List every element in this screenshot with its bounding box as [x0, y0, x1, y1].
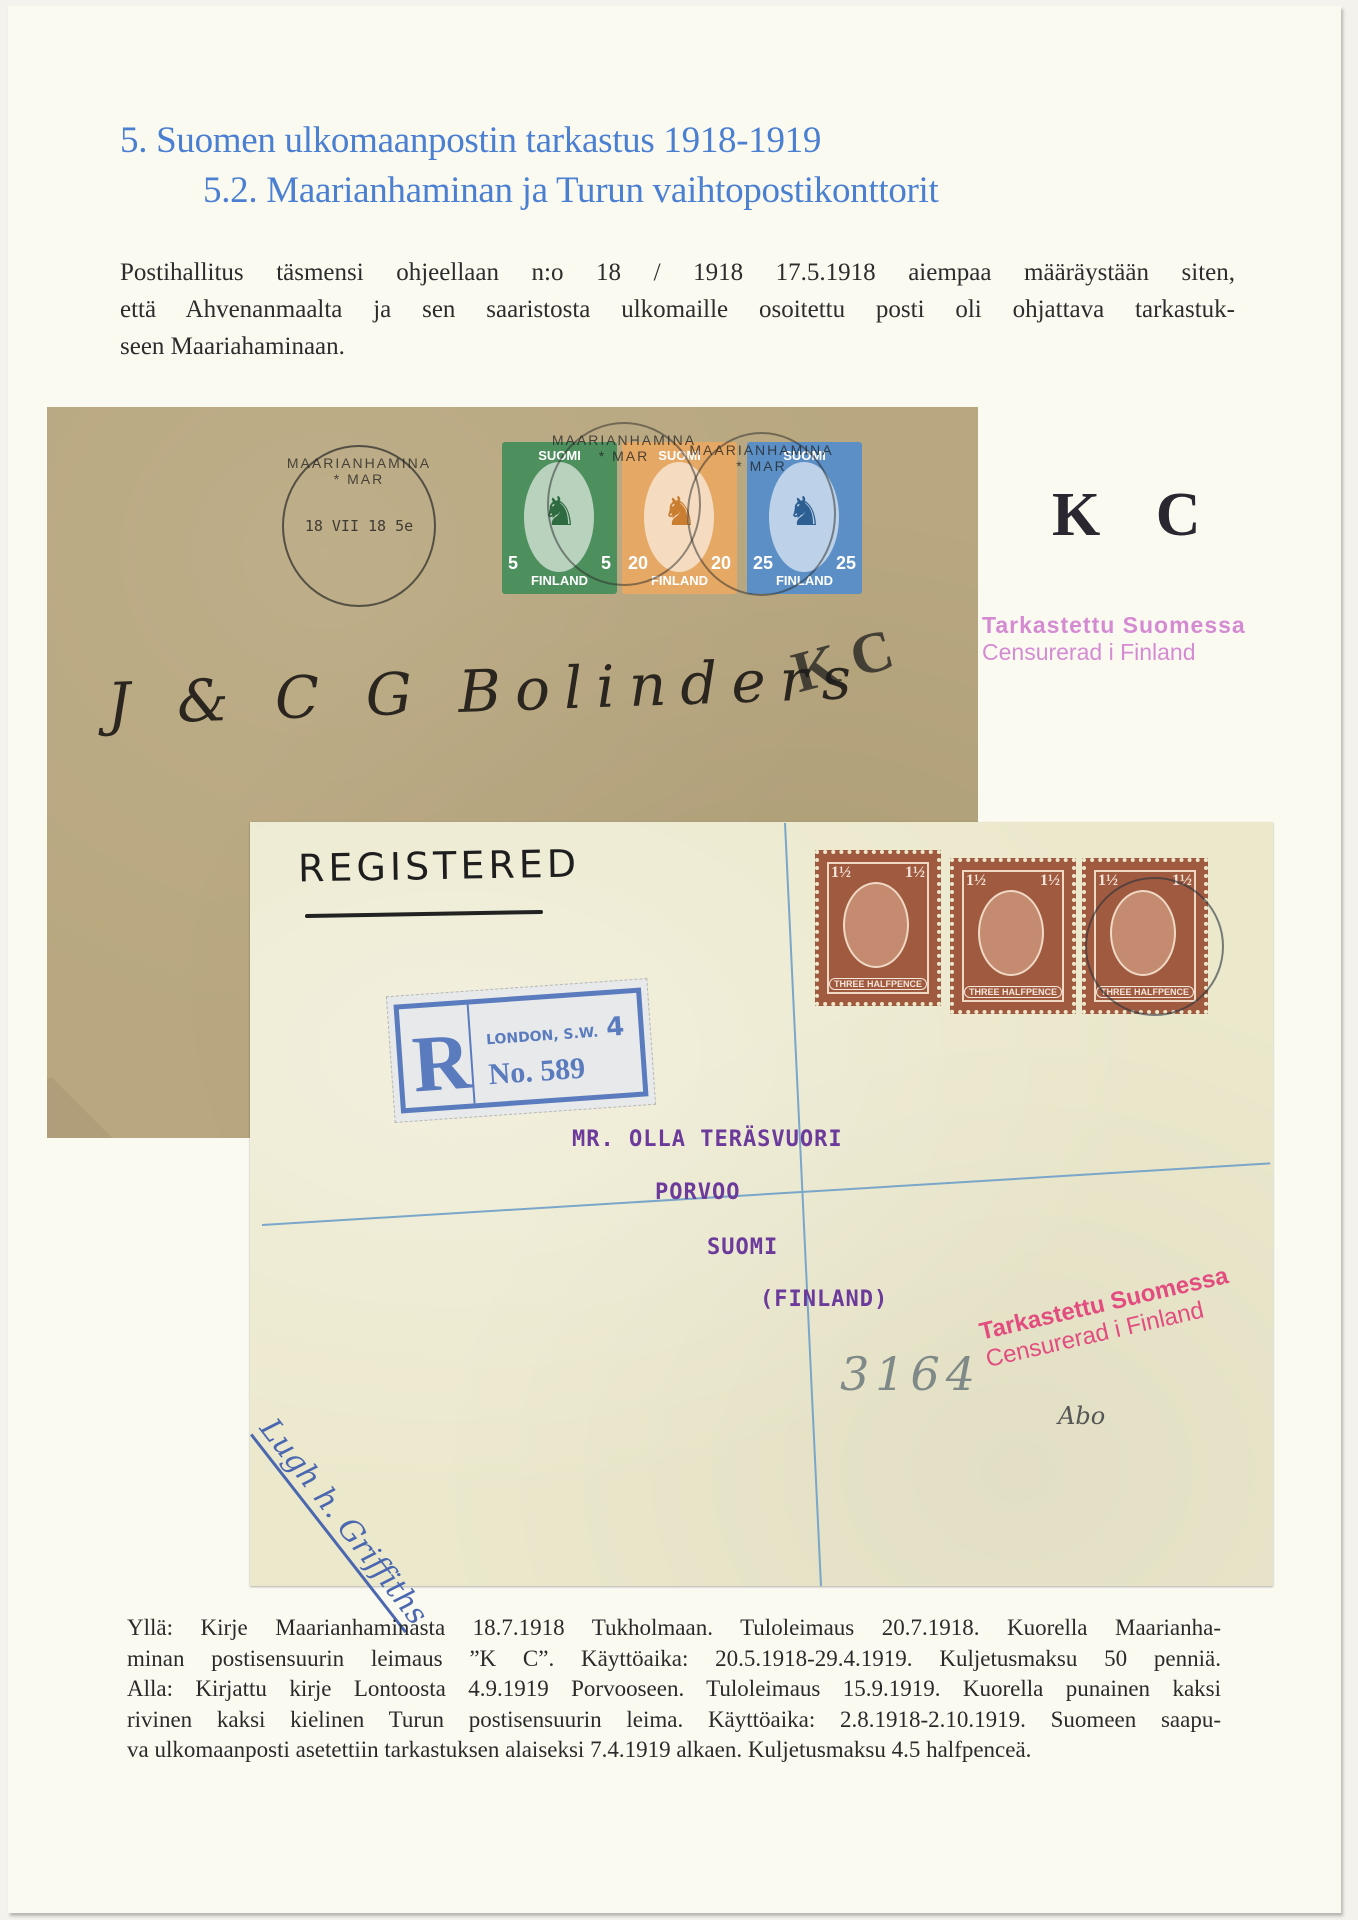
postmark-date: 18 VII 18 5e [284, 517, 434, 535]
postmark: MAARIANHAMINA * MAR [687, 432, 836, 596]
address-line: PORVOO [655, 1180, 740, 1205]
caption-line: Yllä: Kirje Maarianhaminasta 18.7.1918 T… [127, 1613, 1221, 1644]
caption-line: Alla: Kirjattu kirje Lontoosta 4.9.1919 … [127, 1674, 1221, 1705]
censor-stamp-violet: Tarkastettu Suomessa Censurerad i Finlan… [982, 612, 1246, 666]
postmark: MAARIANHAMINA * MAR 18 VII 18 5e [282, 445, 436, 607]
king-portrait-icon [843, 882, 909, 968]
lower-cover: REGISTERED R LONDON, S.W.4 No. 589 1½ 1½… [250, 822, 1273, 1586]
envelope-fold [47, 1078, 117, 1138]
postmark: MAARIANHAMINA * MAR [547, 422, 701, 586]
address-line: (FINLAND) [760, 1287, 888, 1312]
address-line: MR. OLLA TERÄSVUORI [572, 1127, 843, 1152]
censor-stamp-red: Tarkastettu Suomessa Censurerad i Finlan… [977, 1262, 1237, 1374]
kc-censor-stamp-sample: K C [1052, 480, 1221, 551]
king-portrait-icon [978, 890, 1044, 976]
registration-label: R LONDON, S.W.4 No. 589 [386, 978, 656, 1123]
postmark [1085, 877, 1224, 1016]
caption-line: va ulkomaanposti asetettiin tarkastuksen… [127, 1735, 1221, 1766]
pencil-note: Abo [1058, 1402, 1105, 1430]
blue-crayon-line [262, 1162, 1270, 1226]
intro-line: Postihallitus täsmensi ohjeellaan n:o 18… [120, 254, 1235, 291]
page-title: 5. Suomen ulkomaanpostin tarkastus 1918-… [120, 119, 821, 162]
page-subtitle: 5.2. Maarianhaminan ja Turun vaihtoposti… [203, 169, 939, 212]
stamp-gb-three-halfpence: 1½ 1½ THREE HALFPENCE [950, 858, 1076, 1014]
intro-line: että Ahvenanmaalta ja sen saaristosta ul… [120, 291, 1235, 328]
caption: Yllä: Kirje Maarianhaminasta 18.7.1918 T… [127, 1613, 1221, 1766]
intro-paragraph: Postihallitus täsmensi ohjeellaan n:o 18… [120, 254, 1235, 365]
registration-office: LONDON, S.W.4 [485, 1012, 625, 1052]
registered-note: REGISTERED [298, 842, 581, 891]
postmark-town: MAARIANHAMINA * MAR [284, 455, 434, 487]
pencil-number: 3164 [840, 1347, 981, 1401]
caption-line: rivinen kaksi kielinen Turun postisensuu… [127, 1705, 1221, 1736]
kc-censor-mark: K C [785, 615, 900, 706]
caption-line: minan postisensuurin leimaus ”K C”. Käyt… [127, 1644, 1221, 1675]
address-line: SUOMI [707, 1235, 778, 1260]
registration-letter: R [410, 1017, 471, 1111]
intro-line: seen Maariahaminaan. [120, 328, 1235, 365]
underline [305, 910, 543, 918]
stamp-gb-three-halfpence: 1½ 1½ THREE HALFPENCE [815, 850, 941, 1006]
handwritten-address: J & C G Bolinders [106, 644, 866, 738]
registration-number: No. 589 [487, 1052, 586, 1093]
